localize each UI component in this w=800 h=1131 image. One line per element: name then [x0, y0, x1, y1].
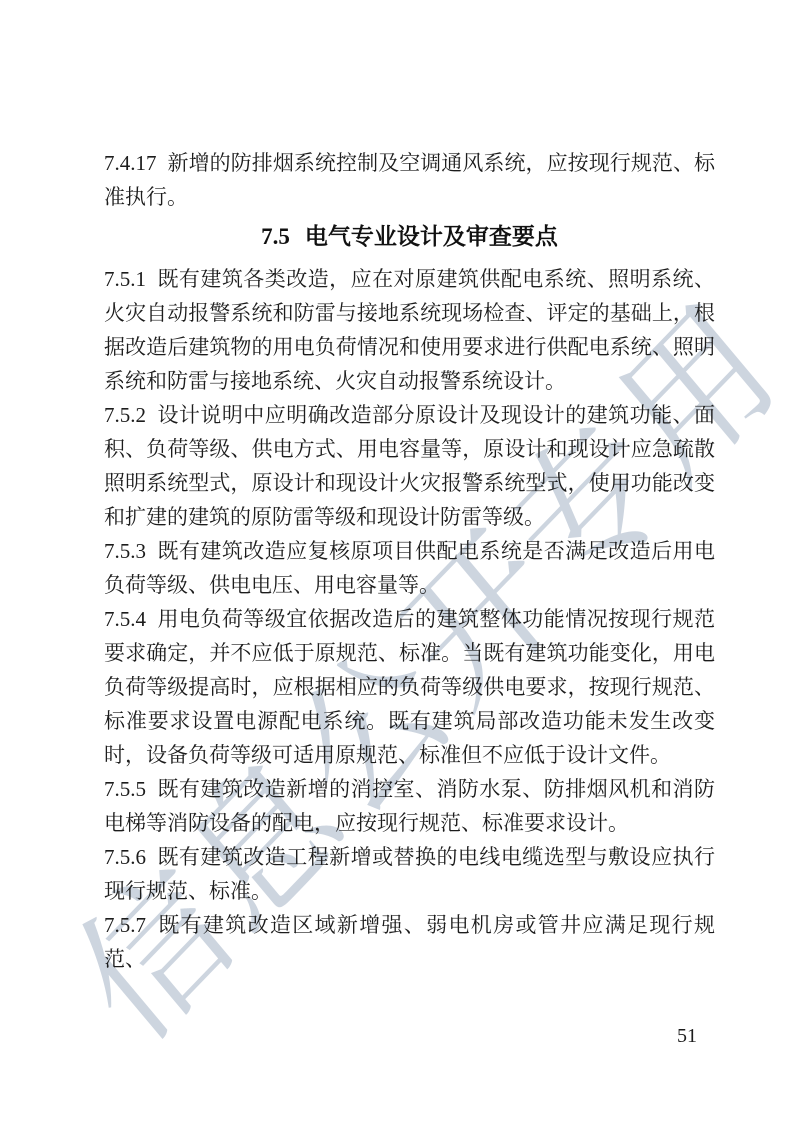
section-number: 7.5 — [261, 224, 290, 249]
section-heading: 7.5电气专业设计及审查要点 — [104, 220, 715, 254]
clause-text: 既有建筑改造区域新增强、弱电机房或管井应满足现行规范、 — [104, 913, 715, 971]
clause-text: 既有建筑各类改造，应在对原建筑供配电系统、照明系统、火灾自动报警系统和防雷与接地… — [104, 267, 715, 393]
clause-7-5-3: 7.5.3既有建筑改造应复核原项目供配电系统是否满足改造后用电负荷等级、供电电压… — [104, 534, 715, 602]
clause-number: 7.5.5 — [104, 777, 146, 801]
page-content: 7.4.17新增的防排烟系统控制及空调通风系统，应按现行规范、标准执行。 7.5… — [104, 146, 715, 976]
clause-text: 用电负荷等级宜依据改造后的建筑整体功能情况按现行规范要求确定，并不应低于原规范、… — [104, 607, 715, 767]
clause-text: 既有建筑改造应复核原项目供配电系统是否满足改造后用电负荷等级、供电电压、用电容量… — [104, 539, 715, 597]
clause-number: 7.4.17 — [104, 151, 157, 175]
clause-number: 7.5.3 — [104, 539, 146, 563]
clause-number: 7.5.7 — [104, 913, 146, 937]
page-number: 51 — [677, 1024, 697, 1048]
clause-7-5-6: 7.5.6既有建筑改造工程新增或替换的电线电缆选型与敷设应执行现行规范、标准。 — [104, 840, 715, 908]
clause-text: 新增的防排烟系统控制及空调通风系统，应按现行规范、标准执行。 — [104, 151, 715, 209]
clause-number: 7.5.4 — [104, 607, 146, 631]
section-title: 电气专业设计及审查要点 — [305, 224, 558, 249]
clause-7-5-1: 7.5.1既有建筑各类改造，应在对原建筑供配电系统、照明系统、火灾自动报警系统和… — [104, 262, 715, 398]
clause-7-5-4: 7.5.4用电负荷等级宜依据改造后的建筑整体功能情况按现行规范要求确定，并不应低… — [104, 602, 715, 772]
clause-text: 既有建筑改造工程新增或替换的电线电缆选型与敷设应执行现行规范、标准。 — [104, 845, 715, 903]
clause-number: 7.5.2 — [104, 403, 146, 427]
clause-text: 设计说明中应明确改造部分原设计及现设计的建筑功能、面积、负荷等级、供电方式、用电… — [104, 403, 715, 529]
clause-7-4-17: 7.4.17新增的防排烟系统控制及空调通风系统，应按现行规范、标准执行。 — [104, 146, 715, 214]
clause-7-5-5: 7.5.5既有建筑改造新增的消控室、消防水泵、防排烟风机和消防电梯等消防设备的配… — [104, 772, 715, 840]
document-page: 信息公开专用 7.4.17新增的防排烟系统控制及空调通风系统，应按现行规范、标准… — [0, 0, 800, 1131]
clause-7-5-7: 7.5.7既有建筑改造区域新增强、弱电机房或管井应满足现行规范、 — [104, 908, 715, 976]
clause-number: 7.5.1 — [104, 267, 146, 291]
clause-number: 7.5.6 — [104, 845, 146, 869]
clause-7-5-2: 7.5.2设计说明中应明确改造部分原设计及现设计的建筑功能、面积、负荷等级、供电… — [104, 398, 715, 534]
clause-text: 既有建筑改造新增的消控室、消防水泵、防排烟风机和消防电梯等消防设备的配电，应按现… — [104, 777, 715, 835]
